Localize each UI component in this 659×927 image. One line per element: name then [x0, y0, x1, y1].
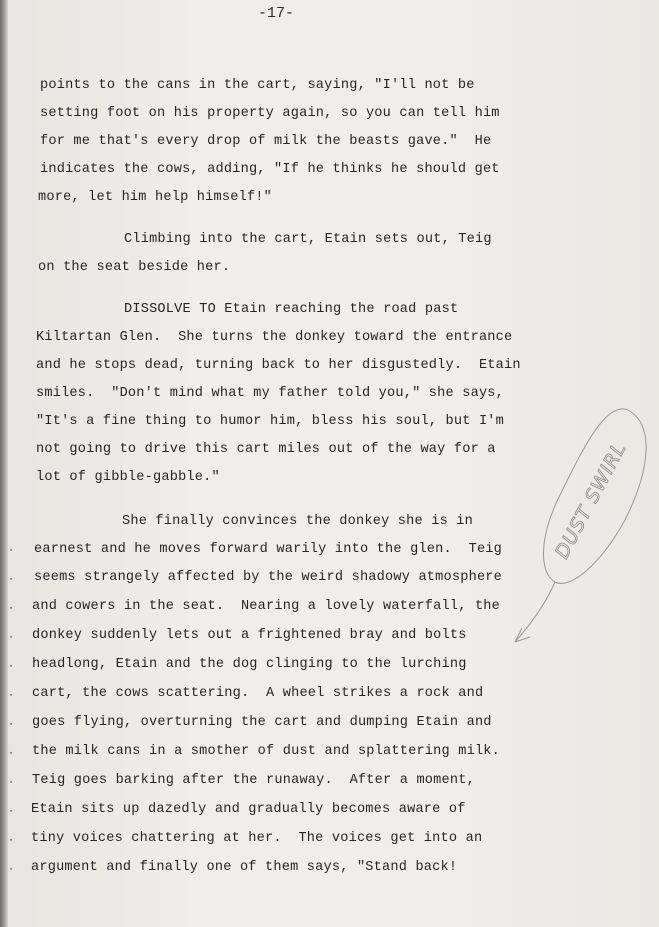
text-line: smiles. "Don't mind what my father told … [36, 384, 504, 404]
text-line: She finally convinces the donkey she is … [122, 512, 473, 532]
text-line: points to the cans in the cart, saying, … [40, 76, 475, 96]
document-page: -17- points to the cans in the cart, say… [0, 0, 659, 927]
text-line: Kiltartan Glen. She turns the donkey tow… [36, 328, 512, 348]
edge-bleed-mark: ▪ [9, 577, 15, 583]
edge-bleed-mark: ▪ [9, 838, 15, 844]
edge-bleed-mark: ▪ [9, 635, 15, 641]
text-line: DISSOLVE TO Etain reaching the road past [124, 300, 458, 320]
text-line: indicates the cows, adding, "If he think… [40, 160, 500, 180]
edge-bleed-mark: ▪ [9, 693, 15, 699]
text-line: seems strangely affected by the weird sh… [34, 568, 502, 588]
text-line: goes flying, overturning the cart and du… [32, 713, 492, 733]
page-binding-edge [0, 0, 8, 927]
text-line: and cowers in the seat. Nearing a lovely… [32, 597, 500, 617]
edge-bleed-mark: ▪ [9, 606, 15, 612]
edge-bleed-mark: ▪ [9, 809, 15, 815]
page-number: -17- [258, 4, 294, 24]
text-line: and he stops dead, turning back to her d… [36, 356, 521, 376]
text-line: "It's a fine thing to humor him, bless h… [36, 412, 504, 432]
text-line: for me that's every drop of milk the bea… [40, 132, 491, 152]
text-line: the milk cans in a smother of dust and s… [32, 742, 500, 762]
annotation-oval [544, 409, 647, 584]
edge-bleed-mark: ▪ [9, 548, 15, 554]
text-line: donkey suddenly lets out a frightened br… [32, 626, 467, 646]
text-line: Teig goes barking after the runaway. Aft… [32, 771, 475, 791]
text-line: lot of gibble-gabble." [36, 468, 220, 488]
text-line: cart, the cows scattering. A wheel strik… [32, 684, 483, 704]
edge-bleed-mark: ▪ [9, 722, 15, 728]
text-line: argument and finally one of them says, "… [31, 858, 457, 878]
text-line: tiny voices chattering at her. The voice… [31, 829, 482, 849]
arrow-head-icon [515, 628, 530, 642]
text-line: not going to drive this cart miles out o… [36, 440, 496, 460]
edge-bleed-mark: ▪ [9, 780, 15, 786]
edge-bleed-mark: ▪ [9, 751, 15, 757]
edge-bleed-mark: ▪ [9, 867, 15, 873]
text-line: Etain sits up dazedly and gradually beco… [31, 800, 466, 820]
text-line: setting foot on his property again, so y… [40, 104, 500, 124]
text-line: earnest and he moves forward warily into… [34, 540, 502, 560]
text-line: more, let him help himself!" [38, 188, 272, 208]
text-line: Climbing into the cart, Etain sets out, … [124, 230, 492, 250]
text-line: on the seat beside her. [38, 258, 230, 278]
edge-bleed-mark: ▪ [9, 664, 15, 670]
annotation-arrow-line [515, 582, 555, 642]
text-line: headlong, Etain and the dog clinging to … [32, 655, 467, 675]
annotation-text: DUST SWIRL [551, 439, 631, 563]
